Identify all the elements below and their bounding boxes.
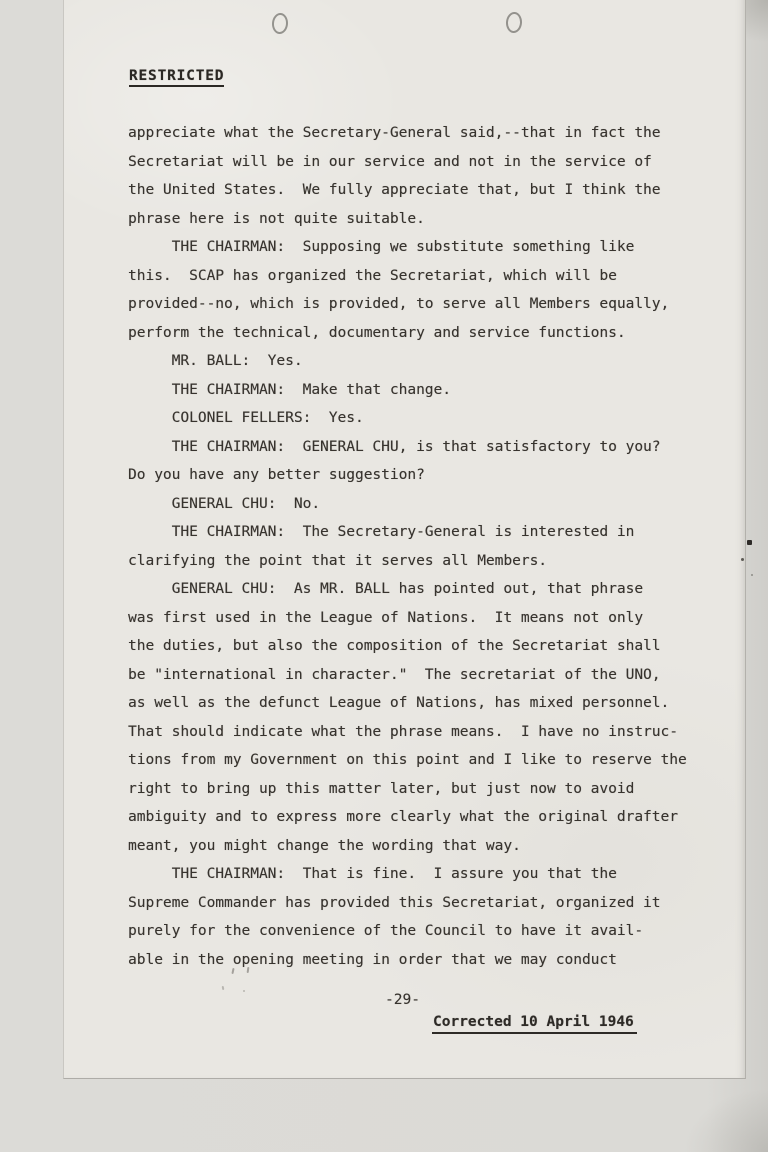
body-line: That should indicate what the phrase mea… (128, 718, 728, 747)
body-line: GENERAL CHU: As MR. BALL has pointed out… (128, 575, 728, 604)
ink-speck (751, 574, 753, 576)
body-line: meant, you might change the wording that… (128, 832, 728, 861)
body-line: clarifying the point that it serves all … (128, 547, 728, 576)
page-number: -29- (385, 992, 420, 1008)
body-line: tions from my Government on this point a… (128, 746, 728, 775)
correction-note: Corrected 10 April 1946 (432, 1014, 637, 1034)
body-line: perform the technical, documentary and s… (128, 319, 728, 348)
body-line: purely for the convenience of the Counci… (128, 917, 728, 946)
body-line: provided--no, which is provided, to serv… (128, 290, 728, 319)
body-line: as well as the defunct League of Nations… (128, 689, 728, 718)
classification-banner: RESTRICTED (129, 68, 224, 87)
pencil-mark (222, 986, 225, 990)
body-line: THE CHAIRMAN: Make that change. (128, 376, 728, 405)
body-line: appreciate what the Secretary-General sa… (128, 119, 728, 148)
pencil-mark (243, 990, 245, 992)
body-line: THE CHAIRMAN: GENERAL CHU, is that satis… (128, 433, 728, 462)
body-line: be "international in character." The sec… (128, 661, 728, 690)
body-line: GENERAL CHU: No. (128, 490, 728, 519)
body-line: COLONEL FELLERS: Yes. (128, 404, 728, 433)
scanned-page: RESTRICTED appreciate what the Secretary… (0, 0, 768, 1152)
document-body: appreciate what the Secretary-General sa… (128, 119, 728, 974)
ink-speck (392, 250, 394, 252)
body-line: MR. BALL: Yes. (128, 347, 728, 376)
ink-speck (741, 558, 744, 561)
body-line: the United States. We fully appreciate t… (128, 176, 728, 205)
body-line: able in the opening meeting in order tha… (128, 946, 728, 975)
body-line: THE CHAIRMAN: The Secretary-General is i… (128, 518, 728, 547)
body-line: THE CHAIRMAN: That is fine. I assure you… (128, 860, 728, 889)
body-line: was first used in the League of Nations.… (128, 604, 728, 633)
body-line: THE CHAIRMAN: Supposing we substitute so… (128, 233, 728, 262)
body-line: right to bring up this matter later, but… (128, 775, 728, 804)
body-line: Supreme Commander has provided this Secr… (128, 889, 728, 918)
body-line: the duties, but also the composition of … (128, 632, 728, 661)
body-line: Do you have any better suggestion? (128, 461, 728, 490)
ink-speck (747, 540, 752, 545)
body-line: phrase here is not quite suitable. (128, 205, 728, 234)
body-line: Secretariat will be in our service and n… (128, 148, 728, 177)
body-line: this. SCAP has organized the Secretariat… (128, 262, 728, 291)
body-line: ambiguity and to express more clearly wh… (128, 803, 728, 832)
